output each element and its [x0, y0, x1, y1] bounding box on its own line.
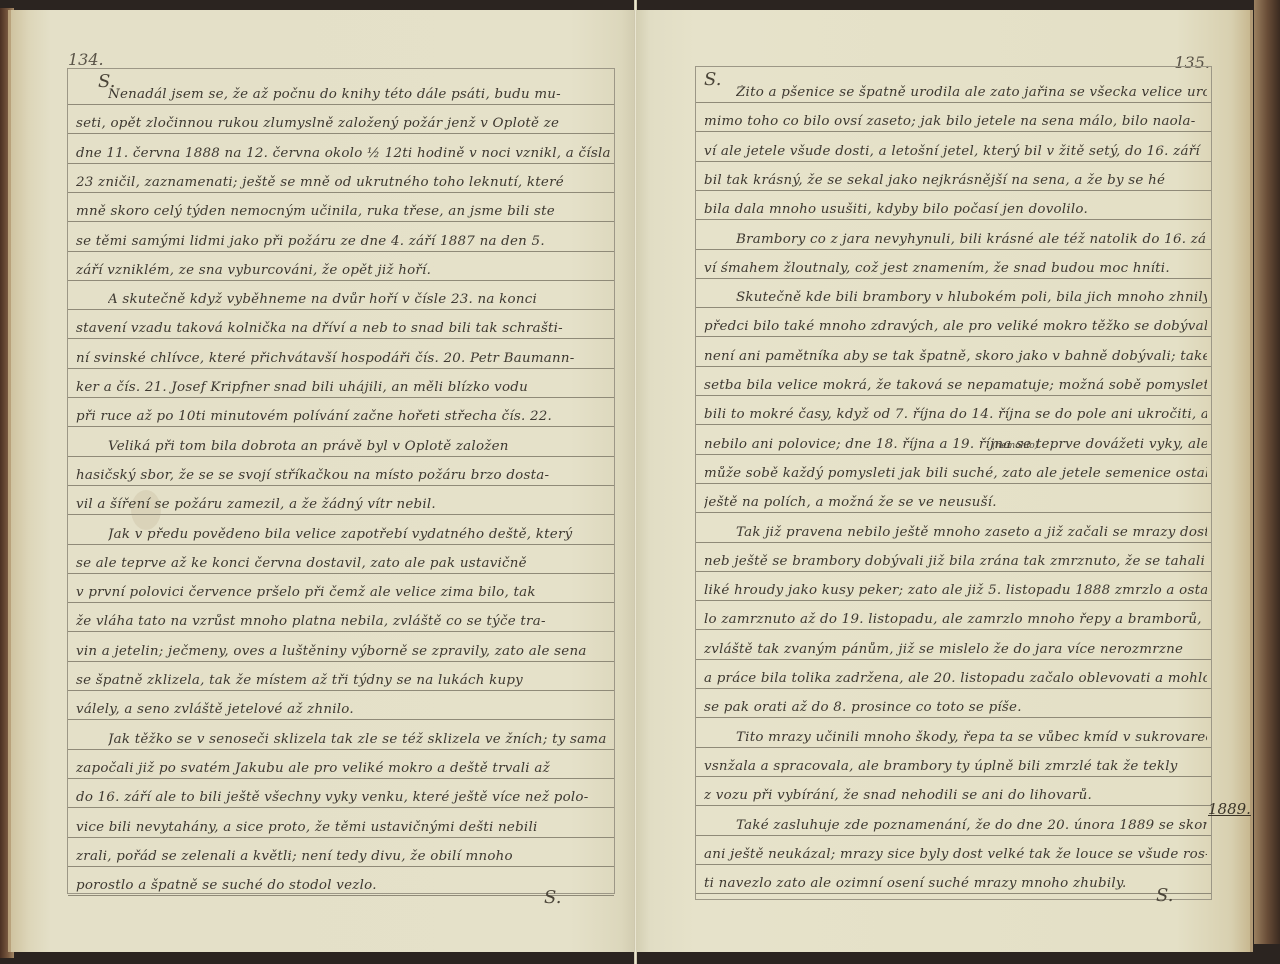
right-cover-edge: [1254, 0, 1280, 944]
right-ruled-frame: S. Žito a pšenice se špatně urodila ale …: [695, 66, 1212, 900]
interlinear-note: (nemohlo): [992, 441, 1038, 451]
left-page: 134. S. Nenadál jsem se, že až počnu do …: [8, 10, 639, 952]
manuscript-line: porostlo a špatně se suché do stodol vez…: [68, 860, 614, 896]
manuscript-line-text: porostlo a špatně se suché do stodol vez…: [76, 878, 610, 893]
book-spread: 134. S. Nenadál jsem se, že až počnu do …: [0, 0, 1280, 964]
manuscript-line-text: ti navezlo zato ale ozimní osení suché m…: [704, 876, 1207, 891]
manuscript-line: ti navezlo zato ale ozimní osení suché m…: [696, 858, 1211, 894]
left-page-number: 134.: [68, 50, 104, 69]
margin-year-note: 1889.: [1208, 800, 1251, 818]
left-end-mark: S.: [544, 887, 561, 908]
left-ruled-frame: S. Nenadál jsem se, že až počnu do knihy…: [67, 68, 615, 894]
right-page: 135. S. Žito a pšenice se špatně urodila…: [636, 10, 1253, 952]
right-end-mark: S.: [1156, 885, 1173, 906]
